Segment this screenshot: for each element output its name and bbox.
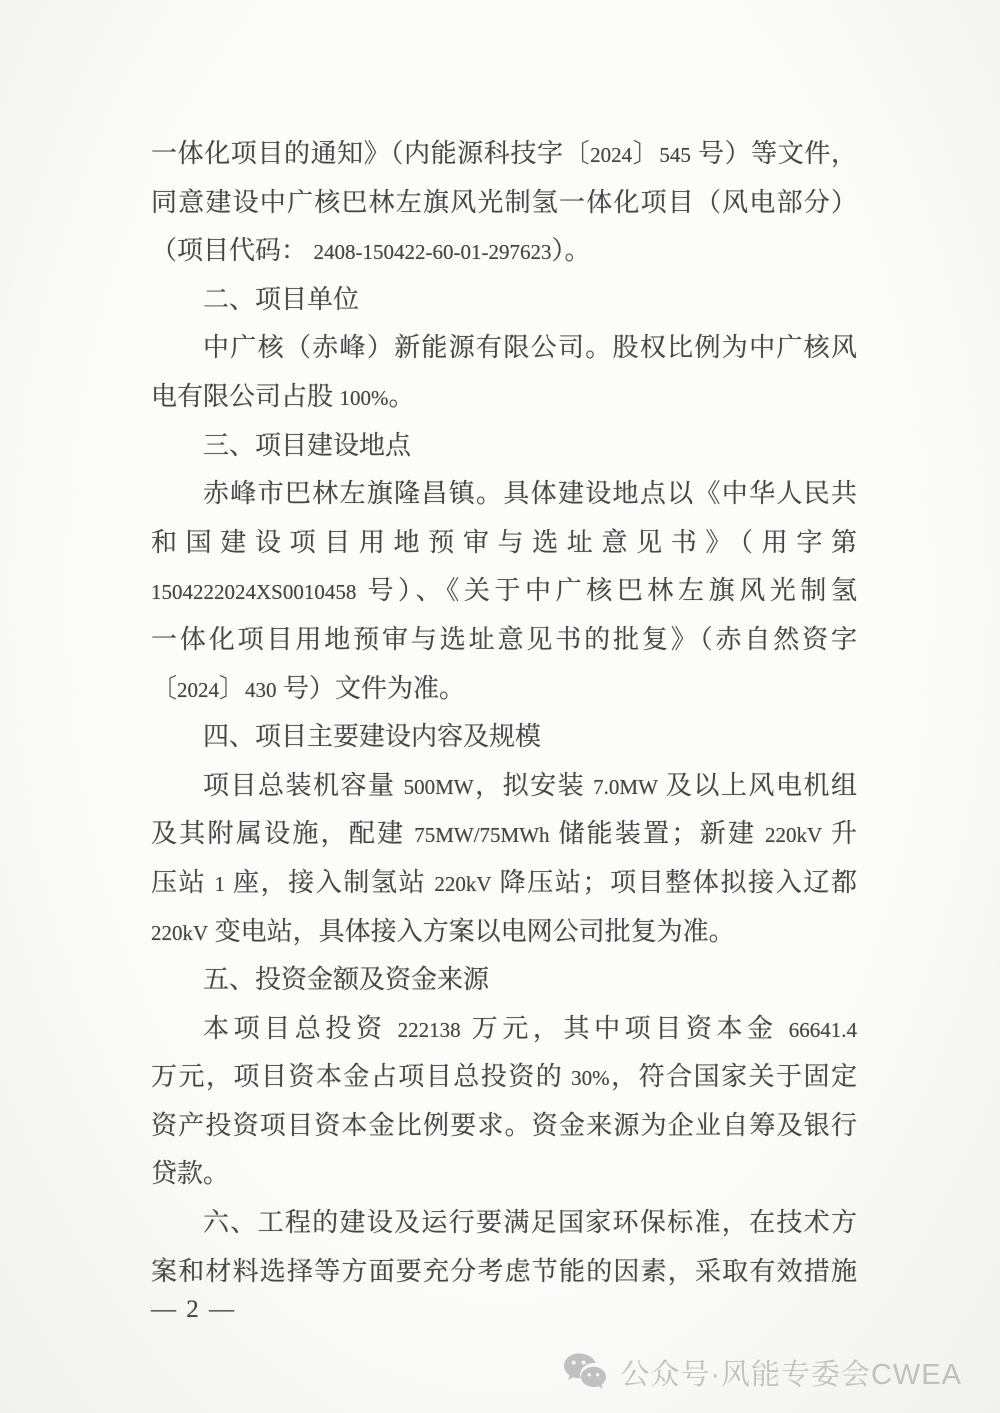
text-line: 压站 1 座，接入制氢站 220kV 降压站；项目整体拟接入辽都 <box>151 859 857 908</box>
text-line: 及其附属设施，配建 75MW/75MWh 储能装置；新建 220kV 升 <box>151 810 857 859</box>
latin-run: 500MW <box>404 775 474 799</box>
wechat-watermark: 公众号·风能专委会CWEA <box>562 1351 962 1393</box>
text-line: 资产投资项目资本金比例要求。资金来源为企业自筹及银行 <box>151 1102 857 1151</box>
latin-run: 7.0MW <box>593 775 658 799</box>
text-line: 万元，项目资本金占项目总投资的 30%，符合国家关于固定 <box>151 1053 857 1102</box>
text-line: 案和材料选择等方面要充分考虑节能的因素，采取有效措施 <box>151 1248 857 1297</box>
latin-run: 222138 <box>398 1018 461 1042</box>
text-line: 中广核（赤峰）新能源有限公司。股权比例为中广核风 <box>151 324 857 373</box>
latin-run: 220kV <box>434 872 491 896</box>
latin-run: 2024 <box>590 143 632 167</box>
section-heading: 四、项目主要建设内容及规模 <box>151 713 857 762</box>
latin-run: 66641.4 <box>789 1018 857 1042</box>
latin-run: 1504222024XS0010458 <box>151 580 356 604</box>
section-heading: 三、项目建设地点 <box>151 422 857 471</box>
watermark-label: 公众号·风能专委会CWEA <box>620 1352 962 1393</box>
text-line: 和国建设项目用地预审与选址意见书》（用字第 <box>151 519 857 568</box>
text-line: 电有限公司占股 100%。 <box>151 373 857 422</box>
text-line: 一体化项目用地预审与选址意见书的批复》（赤自然资字 <box>151 616 857 665</box>
text-line: 1504222024XS0010458 号）、《关于中广核巴林左旗风光制氢 <box>151 567 857 616</box>
document-lines: 一体化项目的通知》（内能源科技字〔2024〕545 号）等文件，同意建设中广核巴… <box>151 130 857 1296</box>
section-heading: 二、项目单位 <box>151 276 857 325</box>
latin-run: 2408-150422-60-01-297623 <box>314 240 552 264</box>
text-line: 一体化项目的通知》（内能源科技字〔2024〕545 号）等文件， <box>151 130 857 179</box>
latin-run: 430 <box>245 678 277 702</box>
latin-run: 1 <box>214 872 225 896</box>
wechat-icon <box>562 1351 608 1393</box>
text-line: 六、工程的建设及运行要满足国家环保标准，在技术方 <box>151 1199 857 1248</box>
text-line: 赤峰市巴林左旗隆昌镇。具体建设地点以《中华人民共 <box>151 470 857 519</box>
text-line: 项目总装机容量 500MW，拟安装 7.0MW 及以上风电机组 <box>151 762 857 811</box>
latin-run: 100% <box>340 386 389 410</box>
text-line: 本项目总投资 222138 万元，其中项目资本金 66641.4 <box>151 1005 857 1054</box>
latin-run: 220kV <box>765 823 822 847</box>
section-heading: 五、投资金额及资金来源 <box>151 956 857 1005</box>
latin-run: 30% <box>571 1066 610 1090</box>
latin-run: 2024 <box>177 678 219 702</box>
text-line: 同意建设中广核巴林左旗风光制氢一体化项目（风电部分） <box>151 179 857 228</box>
text-line: 220kV 变电站，具体接入方案以电网公司批复为准。 <box>151 908 857 957</box>
document-body: 一体化项目的通知》（内能源科技字〔2024〕545 号）等文件，同意建设中广核巴… <box>151 130 857 1296</box>
latin-run: 220kV <box>151 921 208 945</box>
latin-run: 75MW/75MWh <box>414 823 549 847</box>
text-line: （项目代码： 2408-150422-60-01-297623）。 <box>151 227 857 276</box>
latin-run: 545 <box>659 143 691 167</box>
text-line: 〔2024〕430 号）文件为准。 <box>151 665 857 714</box>
page-number: — 2 — <box>151 1288 236 1332</box>
text-line: 贷款。 <box>151 1150 857 1199</box>
